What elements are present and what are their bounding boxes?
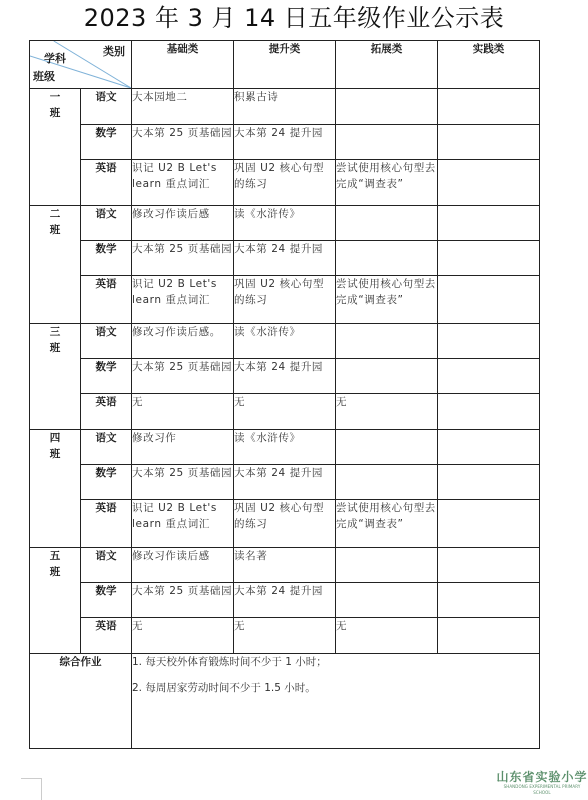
cell-improve: 读《水浒传》 [234, 206, 336, 241]
cell-practice [438, 160, 540, 206]
cell-basic: 大本第 25 页基础园 [132, 359, 234, 394]
cell-extend [336, 465, 438, 500]
cell-practice [438, 206, 540, 241]
subject-cell: 数学 [81, 465, 132, 500]
cell-improve: 读《水浒传》 [234, 324, 336, 359]
cell-basic: 修改习作读后感。 [132, 324, 234, 359]
school-logo-cn: 山东省实验小学 [496, 770, 588, 784]
table-row: 数学 大本第 25 页基础园 大本第 24 提升园 [30, 125, 540, 160]
cell-basic: 大本第 25 页基础园 [132, 583, 234, 618]
subject-cell: 英语 [81, 618, 132, 654]
subject-cell: 数学 [81, 125, 132, 160]
cell-practice [438, 465, 540, 500]
cell-extend: 无 [336, 618, 438, 654]
table-row: 一班 语文 大本园地二 积累古诗 [30, 89, 540, 125]
diagonal-header-cell: 学科 类别 班级 [30, 41, 132, 89]
cell-improve: 大本第 24 提升园 [234, 125, 336, 160]
subject-cell: 英语 [81, 394, 132, 430]
cell-practice [438, 89, 540, 125]
cell-improve: 积累古诗 [234, 89, 336, 125]
cell-extend [336, 125, 438, 160]
subject-cell: 语文 [81, 206, 132, 241]
comprehensive-item: 2. 每周居家劳动时间不少于 1.5 小时。 [132, 680, 539, 696]
comprehensive-label: 综合作业 [30, 654, 132, 749]
comprehensive-item: 1. 每天校外体育锻炼时间不少于 1 小时； [132, 654, 539, 670]
cell-extend [336, 89, 438, 125]
cell-basic: 大本第 25 页基础园 [132, 241, 234, 276]
cell-practice [438, 548, 540, 583]
table-row: 英语 识记 U2 B Let's learn 重点词汇 巩固 U2 核心句型的练… [30, 276, 540, 324]
cell-improve: 无 [234, 394, 336, 430]
cell-basic: 修改习作 [132, 430, 234, 465]
cell-basic: 识记 U2 B Let's learn 重点词汇 [132, 160, 234, 206]
cell-extend: 尝试使用核心句型去完成“调查表” [336, 276, 438, 324]
subject-cell: 语文 [81, 324, 132, 359]
column-header-improve: 提升类 [234, 41, 336, 89]
cell-practice [438, 359, 540, 394]
subject-cell: 语文 [81, 89, 132, 125]
table-row: 四班 语文 修改习作 读《水浒传》 [30, 430, 540, 465]
page-title: 2023 年 3 月 14 日五年级作业公示表 [0, 2, 588, 34]
cell-extend: 尝试使用核心句型去完成“调查表” [336, 160, 438, 206]
table-row: 英语 无 无 无 [30, 394, 540, 430]
cell-improve: 大本第 24 提升园 [234, 465, 336, 500]
cell-improve: 巩固 U2 核心句型的练习 [234, 160, 336, 206]
school-logo: 山东省实验小学 SHANDONG EXPERIMENTAL PRIMARY SC… [496, 770, 588, 796]
cell-practice [438, 394, 540, 430]
header-row: 学科 类别 班级 基础类 提升类 拓展类 实践类 [30, 41, 540, 89]
homework-table: 学科 类别 班级 基础类 提升类 拓展类 实践类 一班 语文 大本园地二 积累古… [29, 40, 540, 749]
column-header-basic: 基础类 [132, 41, 234, 89]
cell-basic: 无 [132, 394, 234, 430]
table-row: 数学 大本第 25 页基础园 大本第 24 提升园 [30, 465, 540, 500]
cell-improve: 读《水浒传》 [234, 430, 336, 465]
table-row: 英语 识记 U2 B Let's learn 重点词汇 巩固 U2 核心句型的练… [30, 160, 540, 206]
cell-improve: 无 [234, 618, 336, 654]
cell-improve: 大本第 24 提升园 [234, 241, 336, 276]
cell-improve: 读名著 [234, 548, 336, 583]
cell-practice [438, 125, 540, 160]
subject-cell: 英语 [81, 160, 132, 206]
class-label-1: 一班 [30, 89, 81, 206]
cell-practice [438, 618, 540, 654]
cell-basic: 大本第 25 页基础园 [132, 465, 234, 500]
school-logo-en: SHANDONG EXPERIMENTAL PRIMARY SCHOOL [496, 784, 588, 796]
table-row: 数学 大本第 25 页基础园 大本第 24 提升园 [30, 583, 540, 618]
cell-basic: 无 [132, 618, 234, 654]
table-row: 英语 无 无 无 [30, 618, 540, 654]
subject-cell: 数学 [81, 241, 132, 276]
class-corner-label: 班级 [33, 69, 55, 85]
cell-extend [336, 359, 438, 394]
column-header-practice: 实践类 [438, 41, 540, 89]
cell-extend [336, 241, 438, 276]
comprehensive-row: 综合作业 1. 每天校外体育锻炼时间不少于 1 小时； 2. 每周居家劳动时间不… [30, 654, 540, 749]
subject-cell: 语文 [81, 430, 132, 465]
subject-cell: 英语 [81, 500, 132, 548]
column-header-extend: 拓展类 [336, 41, 438, 89]
class-label-4: 四班 [30, 430, 81, 548]
cell-extend [336, 206, 438, 241]
cell-improve: 大本第 24 提升园 [234, 359, 336, 394]
cell-basic: 修改习作读后感 [132, 206, 234, 241]
cell-practice [438, 324, 540, 359]
subject-cell: 英语 [81, 276, 132, 324]
table-row: 三班 语文 修改习作读后感。 读《水浒传》 [30, 324, 540, 359]
class-label-3: 三班 [30, 324, 81, 430]
table-row: 数学 大本第 25 页基础园 大本第 24 提升园 [30, 241, 540, 276]
cell-extend [336, 548, 438, 583]
cell-practice [438, 500, 540, 548]
comprehensive-content: 1. 每天校外体育锻炼时间不少于 1 小时； 2. 每周居家劳动时间不少于 1.… [132, 654, 540, 749]
cell-basic: 识记 U2 B Let's learn 重点词汇 [132, 276, 234, 324]
subject-cell: 语文 [81, 548, 132, 583]
subject-corner-label: 学科 [44, 51, 66, 67]
cell-improve: 巩固 U2 核心句型的练习 [234, 500, 336, 548]
cell-practice [438, 583, 540, 618]
cell-practice [438, 430, 540, 465]
cell-basic: 大本第 25 页基础园 [132, 125, 234, 160]
cell-extend: 无 [336, 394, 438, 430]
cell-improve: 巩固 U2 核心句型的练习 [234, 276, 336, 324]
cell-improve: 大本第 24 提升园 [234, 583, 336, 618]
cell-practice [438, 241, 540, 276]
table-row: 五班 语文 修改习作读后感 读名著 [30, 548, 540, 583]
table-row: 二班 语文 修改习作读后感 读《水浒传》 [30, 206, 540, 241]
cell-basic: 大本园地二 [132, 89, 234, 125]
subject-cell: 数学 [81, 359, 132, 394]
cell-practice [438, 276, 540, 324]
cell-extend [336, 324, 438, 359]
table-row: 数学 大本第 25 页基础园 大本第 24 提升园 [30, 359, 540, 394]
table-row: 英语 识记 U2 B Let's learn 重点词汇 巩固 U2 核心句型的练… [30, 500, 540, 548]
subject-cell: 数学 [81, 583, 132, 618]
cell-extend: 尝试使用核心句型去完成“调查表” [336, 500, 438, 548]
cell-basic: 识记 U2 B Let's learn 重点词汇 [132, 500, 234, 548]
class-label-5: 五班 [30, 548, 81, 654]
category-corner-label: 类别 [103, 44, 125, 60]
page-corner-mark [21, 778, 42, 800]
class-label-2: 二班 [30, 206, 81, 324]
cell-extend [336, 583, 438, 618]
cell-basic: 修改习作读后感 [132, 548, 234, 583]
cell-extend [336, 430, 438, 465]
